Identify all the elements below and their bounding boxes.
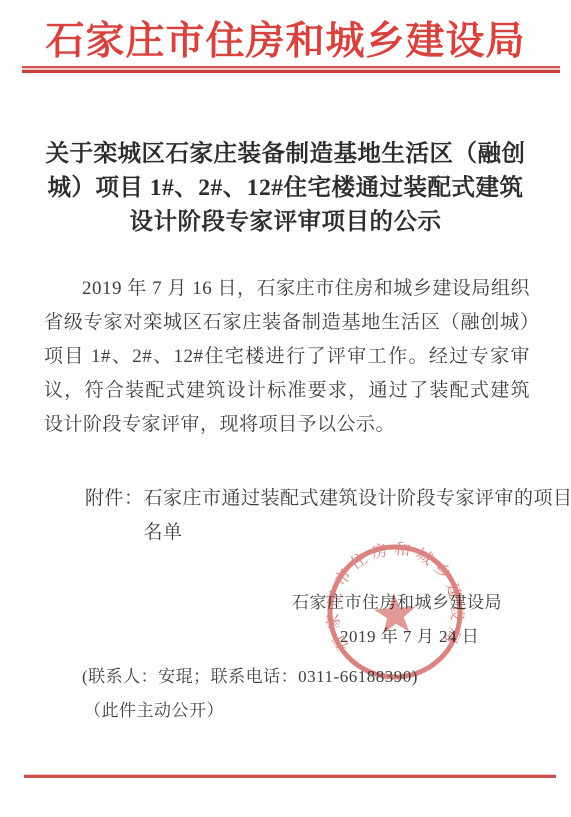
letterhead-agency-name: 石家庄市住房和城乡建设局 <box>0 10 571 66</box>
contact-info: (联系人：安琨；联系电话：0311-66188390) <box>82 662 418 687</box>
attachment-label: 附件： <box>85 482 144 516</box>
letterhead-rule <box>22 66 560 73</box>
title-line: 城）项目 1#、2#、12#住宅楼通过装配式建筑 <box>25 171 546 205</box>
disclosure-note: （此件主动公开） <box>84 696 224 721</box>
body-paragraph: 2019 年 7 月 16 日，石家庄市住房和城乡建设局组织省级专家对栾城区石家… <box>44 272 530 442</box>
seal-star-icon <box>373 592 417 635</box>
title-line: 设计阶段专家评审项目的公示 <box>25 205 546 239</box>
footer-rule <box>24 774 556 778</box>
document-title: 关于栾城区石家庄装备制造基地生活区（融创 城）项目 1#、2#、12#住宅楼通过… <box>25 137 546 239</box>
attachment-line: 石家庄市通过装配式建筑设计阶段专家评审的项目 <box>144 482 571 516</box>
document-page: 石家庄市住房和城乡建设局 关于栾城区石家庄装备制造基地生活区（融创 城）项目 1… <box>0 0 571 817</box>
attachment-section: 附件： 石家庄市通过装配式建筑设计阶段专家评审的项目 名单 <box>85 482 535 550</box>
title-line: 关于栾城区石家庄装备制造基地生活区（融创 <box>25 137 546 171</box>
